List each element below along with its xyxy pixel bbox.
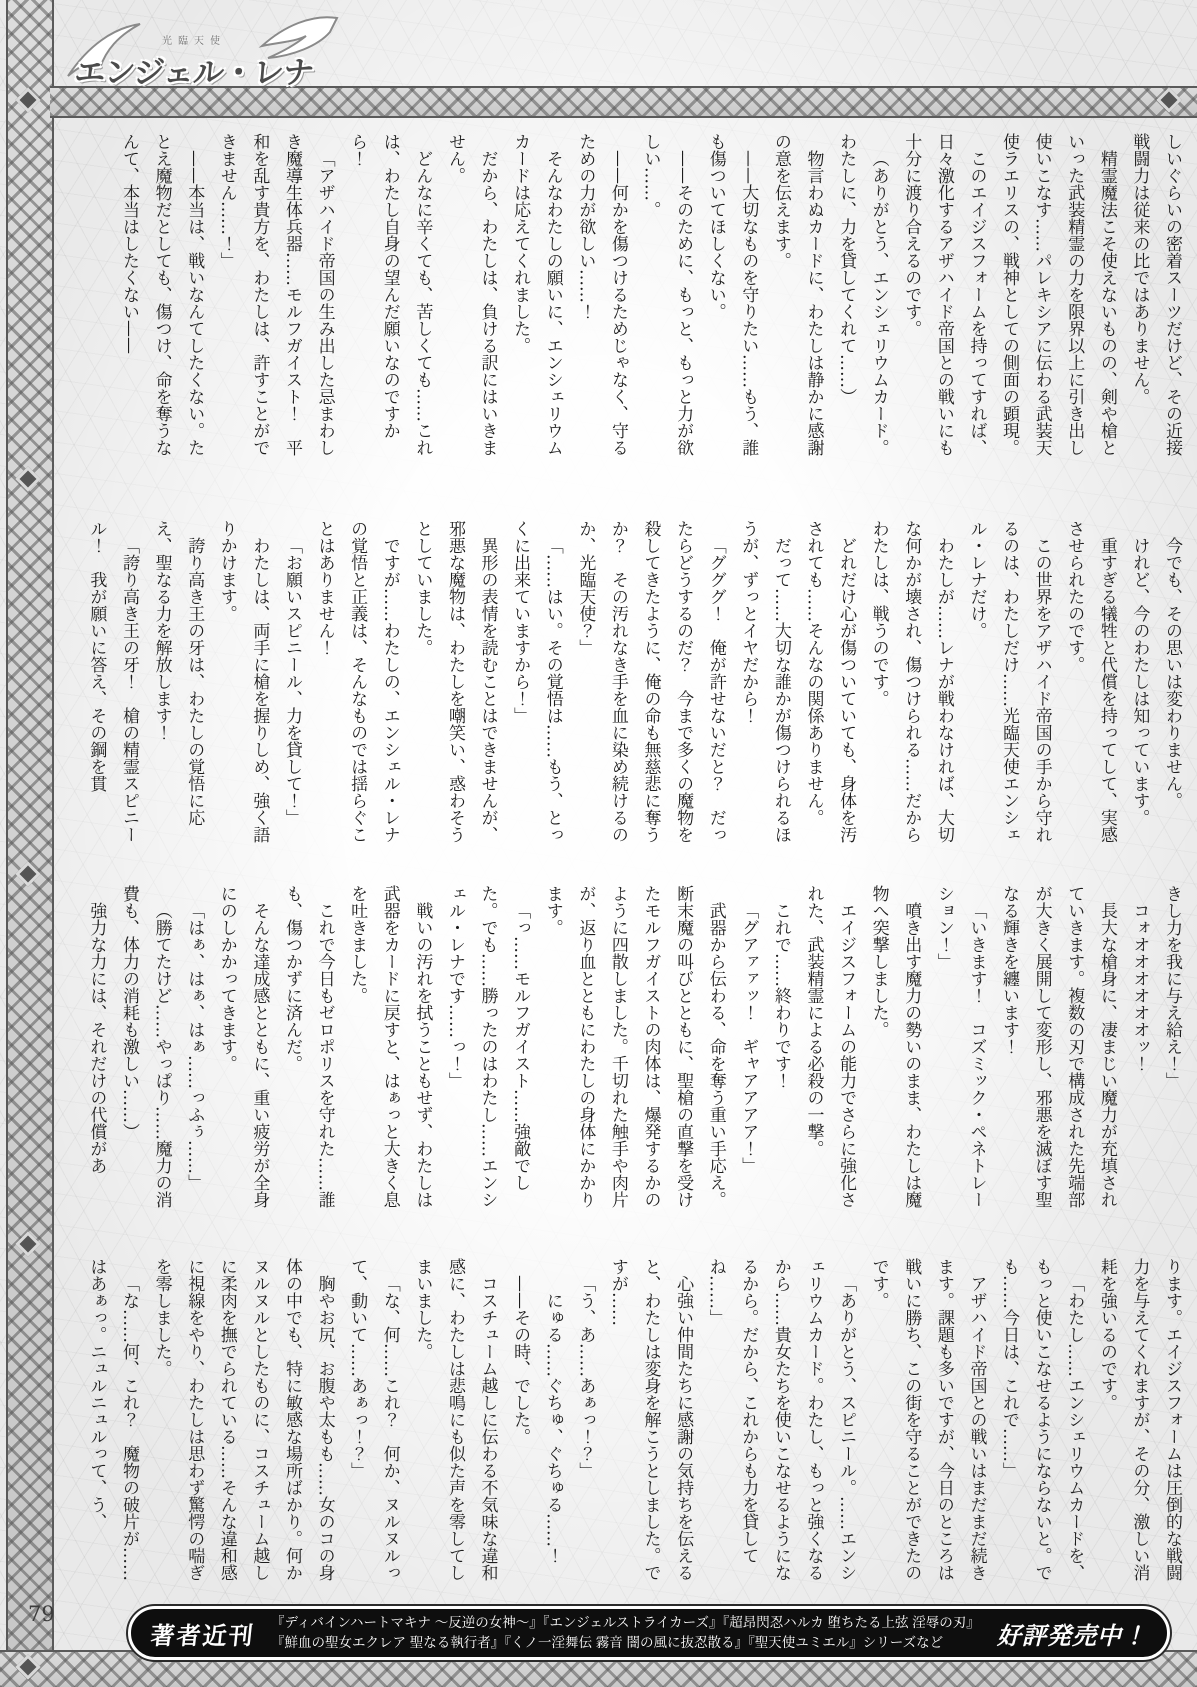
paragraph: 「いきます！ コズミック・ペネトレーション！」 (927, 885, 992, 1223)
paragraph: 「グアァァッ！ ギャアアアア！」 (732, 885, 765, 1223)
text-band-1: しいぐらいの密着スーツだけど、その近接戦闘力は従来の比ではありません。精霊魔法こ… (74, 133, 1188, 471)
paragraph: 「う、あ……あぁっ！？」 (569, 1258, 602, 1596)
paragraph: 誇り高き王の牙は、わたしの覚悟に応え、聖なる力を解放します！ (145, 520, 210, 858)
paragraph: ——その時、でした。 (504, 1258, 537, 1596)
paragraph: しいぐらいの密着スーツだけど、その近接戦闘力は従来の比ではありません。 (1123, 133, 1188, 471)
footer-book-list: 『ディバインハートマキナ ～反逆の女神～』『エンジェルストライカーズ』『超昂閃忍… (271, 1613, 981, 1654)
paragraph: 噴き出す魔力の勢いのまま、わたしは魔物へ突撃しました。 (862, 885, 927, 1223)
logo-title: エンジェル・レナ (62, 47, 325, 92)
paragraph: 武器から伝わる、命を奪う重い手応え。断末魔の叫びとともに、聖槍の直撃を受けたモル… (536, 885, 732, 1223)
paragraph: わたしが……レナが戦わなければ、大切な何かが壊され、傷つけられる……だからわたし… (862, 520, 960, 858)
paragraph: 「グググ！ 俺が許せないだと？ だったらどうするのだ？ 今まで多くの魔物を殺して… (569, 520, 732, 858)
paragraph: だって……大切な誰かが傷つけられるほうが、ずっとイヤだから！ (732, 520, 797, 858)
footer-books-line1: 『ディバインハートマキナ ～反逆の女神～』『エンジェルストライカーズ』『超昂閃忍… (271, 1615, 980, 1630)
paragraph: ります。エイジスフォームは圧倒的な戦闘力を与えてくれますが、その分、激しい消耗を… (1090, 1258, 1188, 1596)
paragraph: きし力を我に与え給え！」 (1155, 885, 1188, 1223)
paragraph: ——何かを傷つけるためじゃなく、守るための力が欲しい……！ (569, 133, 634, 471)
paragraph: 「な、何……これ？ 何か、ヌルヌルって、動いて……あぁっ！？」 (341, 1258, 406, 1596)
series-logo: 光臨天使 エンジェル・レナ (64, 14, 324, 106)
paragraph: コスチューム越しに伝わる不気味な違和感に、わたしは悲鳴にも似た声を零してしまいま… (406, 1258, 504, 1596)
paragraph: この世界をアザハイド帝国の手から守れるのは、わたしだけ……光臨天使エンシェル・レ… (960, 520, 1058, 858)
footer-books-line2: 『鮮血の聖女エクレア 聖なる執行者』『くノ一淫舞伝 霧音 闇の風に抜忍散る』『聖… (271, 1635, 943, 1650)
page-number: 79 (28, 1602, 55, 1626)
paragraph: 「お願いスピニール、力を貸して！」 (275, 520, 308, 858)
paragraph: そんなわたしの願いに、エンシェリウムカードは応えてくれました。 (504, 133, 569, 471)
paragraph: 「……はい。その覚悟は……もう、とっくに出来ていますから！」 (504, 520, 569, 858)
paragraph: 「っ……モルフガイスト……強敵でした。でも……勝ったのはわたし……エンシェル・レ… (438, 885, 536, 1223)
paragraph: このエイジスフォームを持ってすれば、日々激化するアザハイド帝国との戦いにも十分に… (895, 133, 993, 471)
paragraph: エイジスフォームの能力でさらに強化された、武装精霊による必殺の一撃。 (797, 885, 862, 1223)
paragraph: 「アザハイド帝国の生み出した忌まわしき魔導生体兵器……モルフガイスト！ 平和を乱… (210, 133, 340, 471)
paragraph: これで……終わりです！ (764, 885, 797, 1223)
paragraph: 心強い仲間たちに感謝の気持ちを伝えると、わたしは変身を解こうとしました。ですが…… (601, 1258, 699, 1596)
paragraph: 胸やお尻、お腹や太もも……女のコの身体の中でも、特に敏感な場所ばかり。何かヌルヌ… (145, 1258, 341, 1596)
paragraph: アザハイド帝国との戦いはまだまだ続きます。課題も多いですが、今日のところは戦いに… (862, 1258, 992, 1596)
paragraph: （勝てたけど……やっぱり……魔力の消費も、体力の消耗も激しい……） (112, 885, 177, 1223)
novel-page: 光臨天使 エンジェル・レナ しいぐらいの密着スーツだけど、その近接戦闘力は従来の… (0, 0, 1197, 1687)
paragraph: 戦いの汚れを拭うこともせず、わたしは武器をカードに戻すと、はぁっと大きく息を吐き… (341, 885, 439, 1223)
paragraph: 「な……何、これ？ 魔物の破片が……はあぁっ。ニュルニュルって、う、 (80, 1258, 145, 1596)
logo-subtitle: 光臨天使 (64, 32, 324, 47)
paragraph: ——そのために、もっと、もっと力が欲しい……。 (634, 133, 699, 471)
paragraph: どれだけ心が傷ついていても、身体を汚されても……そんなの関係ありません。 (797, 520, 862, 858)
paragraph: ——本当は、戦いなんてしたくない。たとえ魔物だとしても、傷つけ、命を奪うなんて、… (112, 133, 210, 471)
paragraph: （ありがとう、エンシェリウムカード。わたしに、力を貸してくれて……） (829, 133, 894, 471)
text-band-4: ります。エイジスフォームは圧倒的な戦闘力を与えてくれますが、その分、激しい消耗を… (74, 1258, 1188, 1596)
paragraph: 「わたし……エンシェリウムカードを、もっと使いこなせるようにならないと。でも……… (992, 1258, 1090, 1596)
paragraph: どんなに辛くても、苦しくても……これは、わたし自身の望んだ願いなのですから！ (341, 133, 439, 471)
paragraph: 「誇り高き王の牙！ 槍の精霊スピニール！ 我が願いに答え、その鋼を貫 (80, 520, 145, 858)
paragraph: 「はぁ、はぁ、はぁ……っふぅ……」 (178, 885, 211, 1223)
paragraph: ——大切なものを守りたい……もう、誰も傷ついてほしくない。 (699, 133, 764, 471)
paragraph: わたしは、両手に槍を握りしめ、強く語りかけます。 (210, 520, 275, 858)
footer-sale-badge: 好評発売中！ (997, 1616, 1147, 1651)
paragraph: 物言わぬカードに、わたしは静かに感謝の意を伝えます。 (764, 133, 829, 471)
paragraph: だから、わたしは、負ける訳にはいきません。 (438, 133, 503, 471)
paragraph: にゅる……ぐちゅ、ぐちゅる……！ (536, 1258, 569, 1596)
footer-ad-bar: 著者近刊 『ディバインハートマキナ ～反逆の女神～』『エンジェルストライカーズ』… (128, 1606, 1170, 1660)
paragraph: けれど、今のわたしは知っています。 (1123, 520, 1156, 858)
paragraph: 強力な力には、それだけの代償があ (80, 885, 113, 1223)
paragraph: 精霊魔法こそ使えないものの、剣や槍といった武装精霊の力を限界以上に引き出し使いこ… (992, 133, 1122, 471)
text-band-2: 今でも、その思いは変わりません。けれど、今のわたしは知っています。重すぎる犠牲と… (74, 520, 1188, 858)
footer-label: 著者近刊 (149, 1616, 257, 1651)
ornament-border-left (6, 0, 54, 1687)
paragraph: これで今日もゼロポリスを守れた……誰も、傷つかずに済んだ。 (275, 885, 340, 1223)
paragraph: 異形の表情を読むことはできませんが、邪悪な魔物は、わたしを嘲笑い、惑わそうとして… (406, 520, 504, 858)
text-band-3: きし力を我に与え給え！」コォオオオオオオッ！長大な槍身に、凄まじい魔力が充填され… (74, 885, 1188, 1223)
paragraph: 重すぎる犠牲と代償を持ってして、実感させられたのです。 (1058, 520, 1123, 858)
paragraph: 長大な槍身に、凄まじい魔力が充填されていきます。複数の刃で構成された先端部が大き… (992, 885, 1122, 1223)
paragraph: ですが……わたしの、エンシェル・レナの覚悟と正義は、そんなものでは揺らぐことはあ… (308, 520, 406, 858)
paragraph: 「ありがとう、スピニール。……エンシェリウムカード。わたし、もっと強くなるから…… (699, 1258, 862, 1596)
paragraph: そんな達成感とともに、重い疲労が全身にのしかかってきます。 (210, 885, 275, 1223)
paragraph: 今でも、その思いは変わりません。 (1155, 520, 1188, 858)
paragraph: コォオオオオオオッ！ (1123, 885, 1156, 1223)
